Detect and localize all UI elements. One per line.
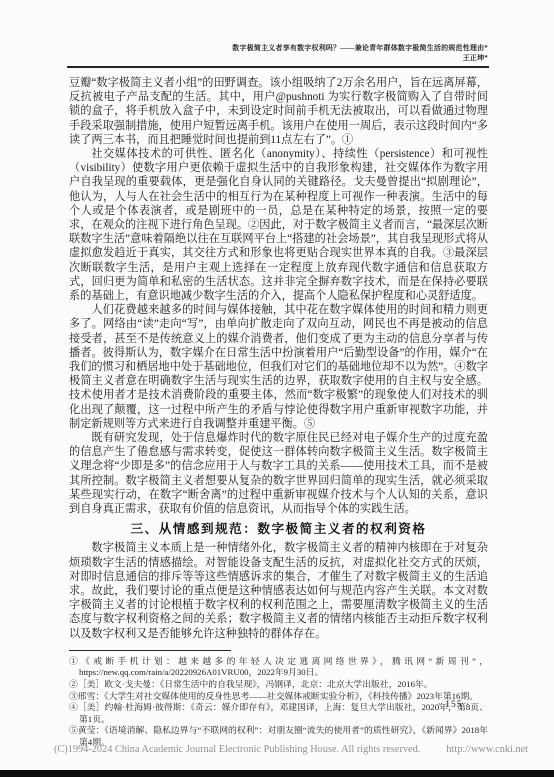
- footnote-item: ③邢雪：《大学生对社交媒体使用的反身性思考——社交媒体戒断实验分析》，《科技传播…: [69, 691, 488, 703]
- body-paragraph: 数字极简主义本质上是一种情绪外化，数字极简主义者的精神内核即在于对复杂烦琐数字生…: [69, 541, 488, 640]
- footnote-item: ②［美］欧文·戈夫曼：《日常生活中的自我呈现》，冯钢译，北京：北京大学出版社，2…: [69, 679, 488, 691]
- body-paragraph: 人们花费越来越多的时间与媒体接触，其中花在数字媒体使用的时间和精力则更多了。网络…: [69, 303, 488, 431]
- body-paragraph: 社交媒体技术的可供性、匿名化（anonymity）、持续性（persistenc…: [69, 147, 488, 303]
- article-body: 豆瓣“数字极简主义者小组”的田野调查。该小组吸纳了2万余名用户，旨在远离屏幕，反…: [69, 76, 488, 641]
- body-paragraph: 豆瓣“数字极简主义者小组”的田野调查。该小组吸纳了2万余名用户，旨在远离屏幕，反…: [69, 76, 488, 147]
- footnote-item: ①《戒断手机计划：越来越多的年轻人决定逃离网络世界》，腾讯网“新周刊”，http…: [69, 656, 488, 679]
- running-header: 数字极简主义者享有数字权利吗？——兼论青年群体数字极简生活的规范性理由* 王正坤…: [160, 44, 488, 63]
- journal-page: 数字极简主义者享有数字权利吗？——兼论青年群体数字极简生活的规范性理由* 王正坤…: [0, 0, 554, 777]
- section-heading: 三、从情感到规范：数字极简主义者的权利资格: [69, 521, 488, 537]
- footnote-separator: [69, 650, 231, 651]
- footnote-item: ④［美］约翰·杜海姆·彼得斯：《奇云：媒介即存有》，邓建国译，上海：复旦大学出版…: [69, 702, 488, 725]
- header-rule: [67, 66, 489, 68]
- footnotes: ①《戒断手机计划：越来越多的年轻人决定逃离网络世界》，腾讯网“新周刊”，http…: [69, 656, 488, 749]
- cnki-url: http://www.cnki.net: [446, 744, 528, 755]
- copyright-notice: (C)1994-2024 China Academic Journal Elec…: [54, 744, 500, 755]
- copyright-text: (C)1994-2024 China Academic Journal Elec…: [54, 744, 420, 755]
- bottom-scan-bar: [0, 770, 554, 777]
- author-name: 王正坤*: [160, 54, 488, 64]
- page-number: · 155 ·: [438, 700, 470, 710]
- running-title: 数字极简主义者享有数字权利吗？——兼论青年群体数字极简生活的规范性理由*: [160, 44, 488, 54]
- body-paragraph: 既有研究发现，处于信息爆炸时代的数字原住民已经对电子媒介生产的过度充盈的信息产生…: [69, 431, 488, 516]
